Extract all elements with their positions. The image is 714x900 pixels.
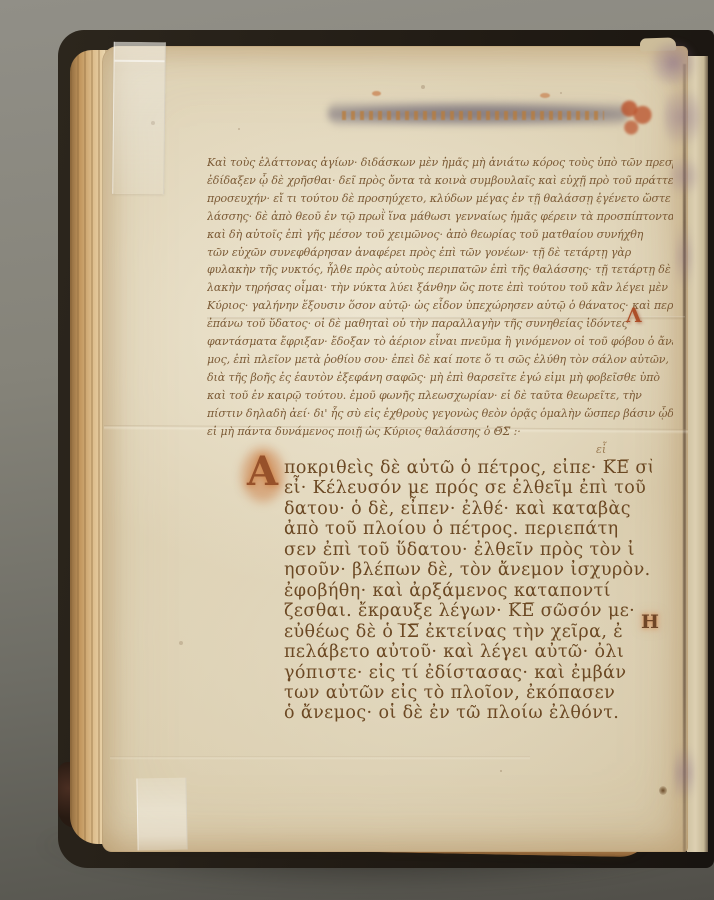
commentary-line: εἰ μὴ πάντα δυνάμενος ποιῇ ὡς Κύριος θαλ… bbox=[207, 423, 673, 441]
faded-headband-ornament bbox=[328, 96, 646, 132]
ornament-gold-remnant bbox=[342, 111, 604, 120]
gospel-line: ἀπὸ τοῦ πλοίου ὁ πέτρος. περιεπάτη bbox=[284, 519, 652, 539]
commentary-line: καὶ τοῦ ἐν καιρῷ τούτου. ἐμοῦ φωνῆς πλεω… bbox=[207, 387, 673, 405]
commentary-line: Καὶ τοὺς ἐλάττονας ἁγίων· διδάσκων μὲν ἡ… bbox=[207, 154, 673, 172]
ornament-flower-finial bbox=[616, 96, 654, 138]
commentary-line: καὶ δὴ αὐτοῖς ἐπὶ γῆς μέσον τοῦ χειμῶνος… bbox=[207, 226, 673, 244]
purple-stain bbox=[674, 736, 694, 810]
rubricated-initial: Α bbox=[247, 451, 278, 493]
ink-blot bbox=[659, 786, 667, 795]
tape-fold-line bbox=[115, 60, 165, 63]
commentary-text-block: Καὶ τοὺς ἐλάττονας ἁγίων· διδάσκων μὲν ἡ… bbox=[207, 154, 673, 446]
gospel-text-block: ποκριθεὶς δὲ αὐτῶ ὁ πέτρος, εἶπε· Κ̅Ε̅ σ… bbox=[284, 458, 652, 728]
commentary-line: φαντάσματα ἔφριξαν· ἔδοξαν τὸ ἀέριον εἶν… bbox=[207, 333, 673, 351]
commentary-line: μος, ἐπὶ πλεῖον μετὰ ῥοθίου σου· ἐπεὶ δὲ… bbox=[207, 351, 673, 369]
commentary-line: λακὴν τηρήσας οἶμαι· τὴν νύκτα λύει ξάνθ… bbox=[207, 279, 673, 297]
ornament-red-speck bbox=[540, 93, 550, 98]
commentary-line: προσευχήν· εἴ τι τούτου δὲ προσηύχετο, κ… bbox=[207, 190, 673, 208]
commentary-line: διὰ τῆς βοῆς ἐς ἑαυτὸν ἐξεφάνη σαφῶς· μὴ… bbox=[207, 369, 673, 387]
purple-stain bbox=[664, 80, 700, 154]
manuscript-photo: Καὶ τοὺς ἐλάττονας ἁγίων· διδάσκων μὲν ἡ… bbox=[0, 0, 714, 900]
superscript-correction: εἶ bbox=[596, 443, 606, 456]
commentary-line: φυλακὴν τῆς νυκτός, ἦλθε πρὸς αὐτοὺς περ… bbox=[207, 261, 673, 279]
conservation-tape-top bbox=[112, 42, 166, 195]
gospel-line: εἶ· Κέλευσόν με πρός σε ἐλθεῖμ ἐπὶ τοῦ ὕ bbox=[284, 478, 652, 498]
gospel-line: δατου· ὁ δὲ, εἶπεν· ἐλθέ· καὶ καταβὰς bbox=[284, 499, 652, 519]
gospel-line: ποκριθεὶς δὲ αὐτῶ ὁ πέτρος, εἶπε· Κ̅Ε̅ σ… bbox=[284, 458, 652, 478]
marginal-section-letter: Η bbox=[641, 611, 659, 633]
commentary-line: ἐδίδαξεν ᾧ δὲ χρῆσθαι· δεῖ πρὸς ὄντα τὰ … bbox=[207, 172, 673, 190]
marginal-section-letter: Λ bbox=[626, 303, 642, 327]
purple-stain bbox=[676, 214, 692, 298]
conservation-tape-bottom bbox=[136, 778, 187, 851]
commentary-line: Κύριος· γαλήνην ἕξουσιν ὅσον αὐτῷ· ὡς εἶ… bbox=[207, 297, 673, 315]
purple-stain bbox=[670, 152, 698, 200]
gospel-line: ὁ ἄνεμος· οἱ δὲ ἐν τῶ πλοίω ἐλθόντ. bbox=[284, 703, 652, 723]
gospel-line: ησοῦν· βλέπων δὲ, τὸν ἄνεμον ἰσχυρὸν. bbox=[284, 560, 652, 580]
gospel-line: γόπιστε· εἰς τί ἐδίστασας· καὶ ἐμβάν bbox=[284, 663, 652, 683]
gospel-line: πελάβετο αὐτοῦ· καὶ λέγει αὐτῶ· ὀλι bbox=[284, 642, 652, 662]
ornament-red-speck bbox=[372, 91, 381, 96]
gospel-line: σεν ἐπὶ τοῦ ὕδατου· ἐλθεῖν πρὸς τὸν ἰ bbox=[284, 540, 652, 560]
gospel-line: ἐφοβήθη· καὶ ἀρξάμενος καταποντί bbox=[284, 581, 652, 601]
commentary-line: ἐπάνω τοῦ ὕδατος· οἱ δὲ μαθηταὶ οὐ τὴν π… bbox=[207, 315, 673, 333]
gospel-line: των αὐτῶν εἰς τὸ πλοῖον, ἐκόπασεν bbox=[284, 683, 652, 703]
purple-stain bbox=[646, 40, 700, 86]
commentary-line: πίστιν δηλαδὴ ἀεί· δι' ἧς σὺ εἰς ἐχθροὺς… bbox=[207, 405, 673, 423]
gospel-line: εὐθέως δὲ ὁ Ι̅Σ̅ ἐκτείνας τὴν χεῖρα, ἐ bbox=[284, 622, 652, 642]
gospel-line: ζεσθαι. ἔκραυξε λέγων· Κ̅Ε̅ σῶσόν με· bbox=[284, 601, 652, 621]
page-specks bbox=[0, 0, 2, 2]
commentary-line: τῶν εὐχῶν συνεφθάρησαν ἀναφέρει πρὸς ἐπὶ… bbox=[207, 244, 673, 262]
commentary-line: λάσσης· δὲ ἀπὸ θεοῦ ἐν τῷ πρωῒ ἵνα μάθωσ… bbox=[207, 208, 673, 226]
